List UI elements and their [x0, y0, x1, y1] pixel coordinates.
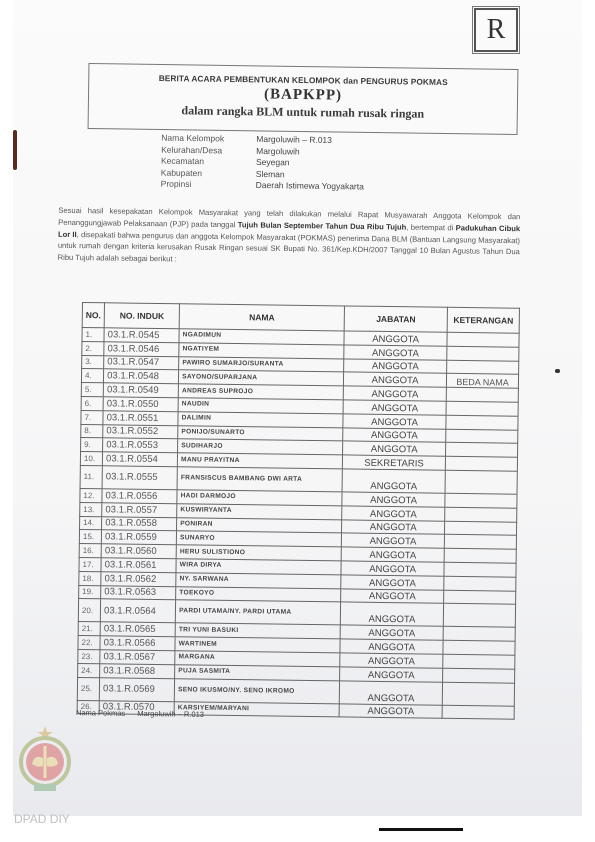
cell-keterangan [442, 705, 514, 720]
cell-jabatan: ANGGOTA [341, 588, 444, 603]
cell-no-induk: 03.1.R.0569 [99, 677, 174, 701]
cell-jabatan: ANGGOTA [341, 561, 444, 576]
cell-jabatan: ANGGOTA [343, 428, 446, 443]
cell-keterangan [443, 604, 515, 628]
footer-pokmas: Nama Pokmas Margoluwih – R.013 [76, 708, 204, 719]
cell-no-induk: 03.1.R.0546 [104, 342, 179, 357]
cell-jabatan: SEKRETARIS [342, 455, 445, 470]
cell-no-induk: 03.1.R.0556 [102, 489, 177, 504]
cell-jabatan: ANGGOTA [344, 331, 447, 346]
cell-no-induk: 03.1.R.0554 [102, 452, 177, 467]
cell-keterangan [443, 654, 515, 669]
group-info: Nama KelompokMargoluwih – R.013Kelurahan… [161, 133, 365, 193]
cell-keterangan [446, 387, 518, 402]
members-table-wrap: NO. NO. INDUK NAMA JABATAN KETERANGAN 1.… [77, 302, 520, 720]
cell-no-induk: 03.1.R.0564 [100, 599, 175, 623]
cell-jabatan: ANGGOTA [341, 533, 444, 548]
cell-keterangan [446, 443, 518, 458]
cell-no: 22. [78, 636, 100, 650]
cell-jabatan: ANGGOTA [342, 469, 445, 493]
cell-no-induk: 03.1.R.0558 [102, 516, 177, 531]
header-nama: NAMA [179, 304, 344, 331]
cell-jabatan: ANGGOTA [344, 345, 447, 360]
cell-keterangan [444, 576, 516, 591]
header-jabatan: JABATAN [344, 306, 447, 332]
cell-keterangan [444, 590, 516, 605]
cell-no: 1. [82, 328, 104, 342]
cell-keterangan [445, 521, 517, 536]
cell-keterangan [445, 470, 517, 494]
cell-no: 2. [82, 341, 104, 355]
intro-paragraph: Sesuai hasil kesepakatan Kelompok Masyar… [58, 205, 521, 270]
cell-no: 20. [78, 599, 100, 622]
cell-keterangan [446, 429, 518, 444]
cell-no-induk: 03.1.R.0557 [102, 503, 177, 518]
yogyakarta-coat-of-arms-icon [14, 724, 76, 796]
footer-label: Nama Pokmas [76, 708, 125, 718]
cell-no: 23. [78, 649, 100, 663]
binder-clip-mark [13, 130, 17, 170]
cell-jabatan: ANGGOTA [343, 414, 446, 429]
members-table: NO. NO. INDUK NAMA JABATAN KETERANGAN 1.… [77, 302, 520, 720]
cell-jabatan: ANGGOTA [342, 506, 445, 521]
cell-no-induk: 03.1.R.0562 [101, 572, 176, 587]
info-value: Seyegan [256, 157, 290, 169]
cell-no: 3. [82, 355, 104, 369]
cell-jabatan: ANGGOTA [344, 372, 447, 387]
cell-keterangan [446, 401, 518, 416]
cell-no: 11. [80, 465, 102, 488]
cell-no-induk: 03.1.R.0561 [101, 558, 176, 573]
cell-keterangan [444, 562, 516, 577]
header-no-induk: NO. INDUK [104, 303, 179, 329]
cell-no: 18. [79, 571, 101, 585]
footer-value: Margoluwih – R.013 [137, 709, 204, 719]
cell-jabatan: ANGGOTA [342, 519, 445, 534]
info-value: Sleman [256, 168, 285, 180]
cell-no: 4. [81, 369, 103, 383]
cell-no-induk: 03.1.R.0548 [104, 369, 179, 384]
cell-no-induk: 03.1.R.0567 [100, 650, 175, 665]
paper-speck [555, 369, 560, 373]
cell-keterangan [447, 346, 519, 361]
cell-keterangan [445, 493, 517, 508]
cell-keterangan: BEDA NAMA [447, 374, 519, 389]
cell-no: 16. [79, 544, 101, 558]
header-no: NO. [82, 303, 104, 328]
bottom-bar [379, 828, 463, 831]
cell-keterangan [444, 535, 516, 550]
cell-keterangan [443, 627, 515, 642]
cell-no: 24. [78, 663, 100, 677]
table-body: 1. 03.1.R.0545 NGADIMUN ANGGOTA 2. 03.1.… [77, 328, 519, 720]
cell-keterangan [445, 507, 517, 522]
cell-jabatan: ANGGOTA [343, 441, 446, 456]
cell-jabatan: ANGGOTA [341, 547, 444, 562]
cell-keterangan [443, 640, 515, 655]
cell-keterangan [443, 668, 515, 683]
cell-no: 9. [81, 438, 103, 452]
cell-no: 7. [81, 410, 103, 424]
cell-no-induk: 03.1.R.0560 [101, 544, 176, 559]
cell-no-induk: 03.1.R.0565 [100, 622, 175, 637]
cell-no: 6. [81, 396, 103, 410]
cell-jabatan: ANGGOTA [339, 680, 442, 704]
cell-jabatan: ANGGOTA [339, 703, 442, 718]
cell-no-induk: 03.1.R.0553 [103, 438, 178, 453]
document-code-letter: R [487, 14, 506, 46]
cell-jabatan: ANGGOTA [341, 575, 444, 590]
cell-no: 8. [81, 424, 103, 438]
cell-no-induk: 03.1.R.0547 [104, 355, 179, 370]
cell-no: 5. [81, 383, 103, 397]
watermark: DPAD DIY [14, 812, 70, 826]
cell-no-induk: 03.1.R.0566 [100, 636, 175, 651]
header-keterangan: KETERANGAN [447, 307, 519, 333]
cell-keterangan [442, 682, 514, 706]
info-value: Daerah Istimewa Yogyakarta [256, 180, 364, 193]
info-label: Propinsi [161, 179, 256, 192]
cell-jabatan: ANGGOTA [340, 602, 443, 626]
cell-nama: FRANSISCUS BAMBANG DWI ARTA [177, 467, 342, 492]
cell-keterangan [445, 456, 517, 471]
cell-nama: SENO IKUSMO/NY. SENO IKROMO [174, 678, 339, 703]
cell-no: 15. [79, 530, 101, 544]
cell-no: 25. [77, 677, 99, 700]
cell-no: 19. [79, 585, 101, 599]
cell-keterangan [447, 332, 519, 347]
cell-no-induk: 03.1.R.0563 [101, 585, 176, 600]
cell-no-induk: 03.1.R.0552 [103, 424, 178, 439]
cell-no-induk: 03.1.R.0550 [103, 397, 178, 412]
cell-no-induk: 03.1.R.0549 [103, 383, 178, 398]
cell-no: 10. [80, 452, 102, 466]
cell-no: 14. [80, 516, 102, 530]
cell-jabatan: ANGGOTA [340, 639, 443, 654]
cell-no: 12. [80, 488, 102, 502]
cell-keterangan [444, 548, 516, 563]
para-date: Tujuh Bulan September Tahun Dua Ribu Tuj… [238, 220, 407, 231]
cell-jabatan: ANGGOTA [340, 667, 443, 682]
cell-no-induk: 03.1.R.0555 [102, 466, 177, 490]
cell-jabatan: ANGGOTA [344, 359, 447, 374]
cell-no-induk: 03.1.R.0551 [103, 411, 178, 426]
cell-nama: PARDI UTAMA/NY. PARDI UTAMA [175, 600, 340, 625]
info-value: Margoluwih [256, 145, 300, 157]
cell-no-induk: 03.1.R.0568 [100, 663, 175, 678]
cell-jabatan: ANGGOTA [340, 653, 443, 668]
cell-no: 21. [78, 622, 100, 636]
document-code-box: R [474, 8, 518, 52]
cell-jabatan: ANGGOTA [340, 625, 443, 640]
para-text-3: , disepakati bahwa pengurus dan anggota … [58, 230, 520, 264]
cell-no-induk: 03.1.R.0545 [104, 328, 179, 343]
cell-jabatan: ANGGOTA [342, 492, 445, 507]
cell-keterangan [447, 360, 519, 375]
cell-no: 17. [79, 557, 101, 571]
para-text-2: , bertempat di [406, 222, 456, 232]
cell-keterangan [446, 415, 518, 430]
cell-no: 13. [80, 502, 102, 516]
cell-jabatan: ANGGOTA [343, 400, 446, 415]
cell-no-induk: 03.1.R.0559 [101, 530, 176, 545]
cell-jabatan: ANGGOTA [343, 386, 446, 401]
title-box: BERITA ACARA PEMBENTUKAN KELOMPOK dan PE… [88, 63, 519, 135]
